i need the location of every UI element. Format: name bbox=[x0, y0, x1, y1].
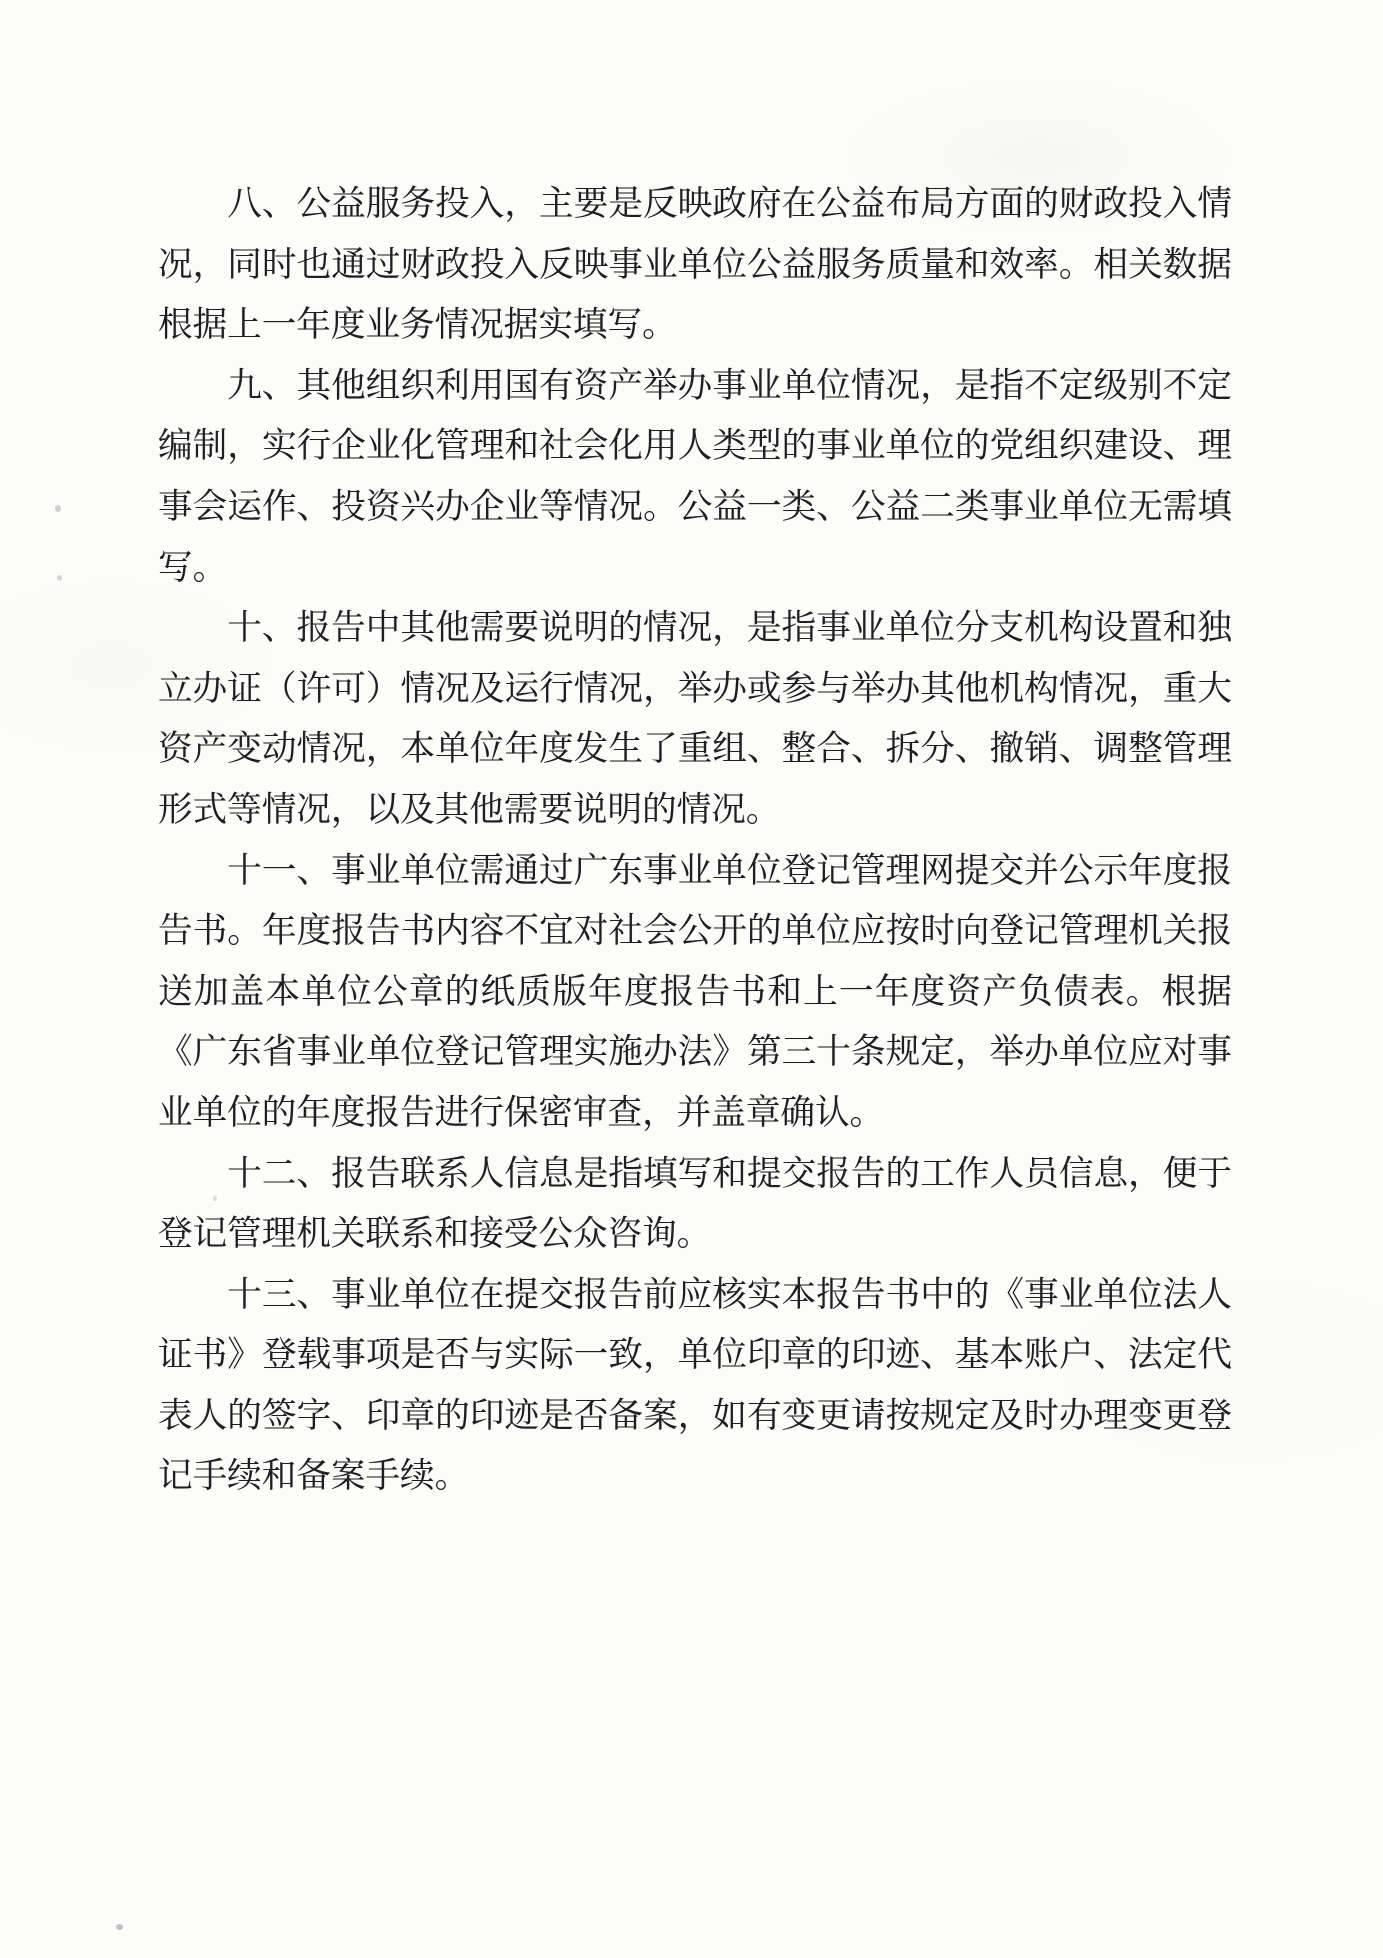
paragraph-item-10: 十、报告中其他需要说明的情况，是指事业单位分支机构设置和独立办证（许可）情况及运… bbox=[158, 598, 1232, 840]
document-text-block: 八、公益服务投入，主要是反映政府在公益布局方面的财政投入情况，同时也通过财政投入… bbox=[158, 174, 1232, 1507]
paragraph-item-9: 九、其他组织利用国有资产举办事业单位情况，是指不定级别不定编制，实行企业化管理和… bbox=[158, 356, 1232, 598]
scan-speck bbox=[116, 1924, 123, 1930]
scan-speck bbox=[57, 575, 62, 581]
paragraph-item-8: 八、公益服务投入，主要是反映政府在公益布局方面的财政投入情况，同时也通过财政投入… bbox=[158, 174, 1232, 356]
paragraph-item-13: 十三、事业单位在提交报告前应核实本报告书中的《事业单位法人证书》登载事项是否与实… bbox=[158, 1265, 1232, 1507]
paragraph-item-12: 十二、报告联系人信息是指填写和提交报告的工作人员信息，便于登记管理机关联系和接受… bbox=[158, 1144, 1232, 1265]
document-page: 八、公益服务投入，主要是反映政府在公益布局方面的财政投入情况，同时也通过财政投入… bbox=[0, 0, 1383, 1958]
paragraph-item-11: 十一、事业单位需通过广东事业单位登记管理网提交并公示年度报告书。年度报告书内容不… bbox=[158, 841, 1232, 1144]
scan-speck bbox=[55, 505, 61, 512]
scan-speck bbox=[213, 1196, 217, 1201]
